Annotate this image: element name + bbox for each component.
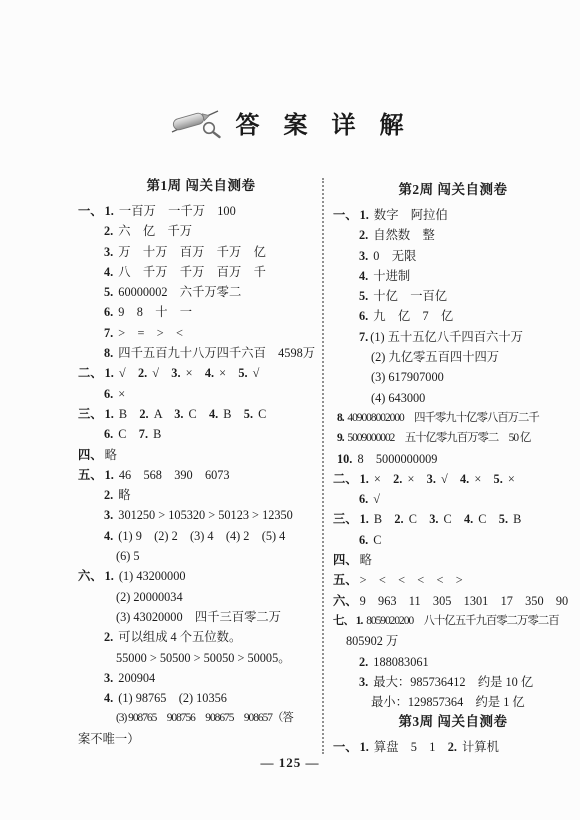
item-marker: 1.: [356, 615, 364, 627]
item-marker: 1.: [360, 740, 372, 754]
answer-text: (3) 617907000: [371, 370, 444, 384]
item-marker: 1.: [105, 407, 117, 421]
answer-text: 200904: [118, 671, 155, 685]
answer-text: 算盘 5 1: [374, 740, 448, 754]
answer-text: C: [409, 512, 430, 526]
answer-line: 2. 六 亿 千万: [78, 221, 324, 241]
answer-line: 9. 5009000002 五十亿零九百万零二 50 亿: [333, 428, 573, 448]
answer-text: (1) 9 (2) 2 (3) 4 (4) 2 (5) 4: [118, 529, 285, 543]
answer-line: 七、1. 8059020200 八十亿五千九百零二万零二百: [333, 611, 573, 631]
answer-text: ×: [374, 472, 393, 486]
item-marker: 三、: [333, 512, 358, 526]
item-marker: 1.: [105, 204, 117, 218]
item-marker: 6.: [104, 387, 116, 401]
item-marker: 5.: [104, 285, 116, 299]
answer-line: (3) 617907000: [333, 367, 573, 387]
answer-text: 十进制: [373, 269, 410, 283]
answer-line: 4. (1) 98765 (2) 10356: [78, 688, 324, 708]
answer-text: ×: [407, 472, 426, 486]
item-marker: 4.: [104, 265, 116, 279]
answer-line: 案不唯一）: [78, 729, 324, 749]
item-marker: 2.: [393, 472, 405, 486]
item-marker: 3.: [104, 245, 116, 259]
item-marker: 1.: [360, 208, 372, 222]
item-marker: 2.: [359, 228, 371, 242]
answer-line: 三、1. B 2. C 3. C 4. C 5. B: [333, 509, 573, 529]
answer-text: C: [478, 512, 499, 526]
answer-line: (3) 908765 908756 908675 908657（答: [78, 708, 324, 728]
item-marker: 3.: [429, 512, 441, 526]
answer-text: ×: [186, 366, 205, 380]
answer-line: 5. 60000002 六千万零二: [78, 282, 324, 302]
answer-text: √: [152, 366, 171, 380]
item-marker: 6.: [359, 533, 371, 547]
item-marker: 5.: [238, 366, 250, 380]
answer-line: 二、1. × 2. × 3. √ 4. × 5. ×: [333, 469, 573, 489]
answer-text: (1) 五十五亿八千四百六十万: [370, 330, 523, 344]
answer-text: 60000002 六千万零二: [118, 285, 241, 299]
answer-text: 8059020200 八十亿五千九百零二万零二百: [366, 615, 558, 627]
answer-text: 自然数 整: [373, 228, 435, 242]
item-marker: 8.: [337, 412, 345, 424]
answer-line: 8. 409008002000 四千零九十亿零八百万二千: [333, 408, 573, 428]
answer-text: 可以组成 4 个五位数。: [118, 630, 241, 644]
section-header: 第1周 闯关自测卷: [78, 176, 324, 198]
answer-text: C: [373, 533, 381, 547]
item-marker: 6.: [104, 305, 116, 319]
answer-text: (2) 20000034: [116, 590, 183, 604]
answer-text: 0 无限: [373, 249, 416, 263]
item-marker: 四、: [333, 553, 358, 567]
answer-text: (3) 908765 908756 908675 908657（答: [116, 712, 293, 724]
answer-line: 2. 188083061: [333, 652, 573, 672]
item-marker: 1.: [360, 512, 372, 526]
item-marker: 3.: [359, 249, 371, 263]
item-marker: 三、: [78, 407, 103, 421]
item-marker: 3.: [104, 508, 116, 522]
answer-line: 五、1. 46 568 390 6073: [78, 465, 324, 485]
item-marker: 2.: [139, 407, 151, 421]
answer-line: 3. 万 十万 百万 千万 亿: [78, 242, 324, 262]
item-marker: 7.: [104, 326, 116, 340]
answer-line: 6. C: [333, 530, 573, 550]
answer-line: 6. 9 8 十 一: [78, 302, 324, 322]
item-marker: 4.: [464, 512, 476, 526]
answer-line: 5. 十亿 一百亿: [333, 286, 573, 306]
answer-line: 2. 自然数 整: [333, 225, 573, 245]
item-marker: 七、: [333, 615, 354, 627]
answer-text: B: [153, 427, 161, 441]
answer-line: (2) 九亿零五百四十四万: [333, 347, 573, 367]
answer-line: 3. 0 无限: [333, 246, 573, 266]
answer-line: 55000 > 50500 > 50050 > 50005。: [78, 648, 324, 668]
item-marker: 2.: [104, 488, 116, 502]
answer-line: 4. 八 千万 千万 百万 千: [78, 262, 324, 282]
answer-text: C: [258, 407, 266, 421]
item-marker: 1.: [360, 472, 372, 486]
answer-text: √: [373, 492, 380, 506]
answers-column-left: 第1周 闯关自测卷一、1. 一百万 一千万 1002. 六 亿 千万3. 万 十…: [78, 176, 324, 749]
answer-line: 6. 九 亿 7 亿: [333, 306, 573, 326]
answer-text: 301250 > 105320 > 50123 > 12350: [118, 508, 293, 522]
answer-text: 案不唯一）: [78, 732, 140, 746]
answer-text: √: [119, 366, 138, 380]
item-marker: 六、: [78, 569, 103, 583]
answer-text: A: [154, 407, 175, 421]
item-marker: 3.: [171, 366, 183, 380]
answer-text: 55000 > 50500 > 50050 > 50005。: [116, 651, 291, 665]
answer-line: 6. ×: [78, 384, 324, 404]
item-marker: 7.: [359, 330, 368, 344]
answer-text: (3) 43020000 四千三百零二万: [116, 610, 281, 624]
answer-line: (6) 5: [78, 546, 324, 566]
item-marker: 4.: [209, 407, 221, 421]
item-marker: 6.: [359, 309, 371, 323]
answer-text: 略: [360, 553, 372, 567]
answer-text: 九 亿 7 亿: [373, 309, 453, 323]
answer-text: > < < < < >: [360, 573, 463, 587]
item-marker: 7.: [139, 427, 151, 441]
answer-text: (6) 5: [116, 549, 140, 563]
item-marker: 6.: [104, 427, 116, 441]
answer-text: 805902 万: [346, 634, 398, 648]
answer-text: 409008002000 四千零九十亿零八百万二千: [347, 412, 538, 424]
answer-text: C: [444, 512, 465, 526]
answer-text: (1) 98765 (2) 10356: [118, 691, 227, 705]
answer-text: C: [189, 407, 210, 421]
item-marker: 5.: [494, 472, 506, 486]
item-marker: 4.: [205, 366, 217, 380]
answer-text: ×: [219, 366, 238, 380]
item-marker: 3.: [174, 407, 186, 421]
item-marker: 一、: [333, 740, 358, 754]
item-marker: 二、: [78, 366, 103, 380]
page-title-block: 答 案 详 解: [0, 100, 580, 144]
page-title: 答 案 详 解: [236, 105, 413, 140]
answer-line: 3. 301250 > 105320 > 50123 > 12350: [78, 505, 324, 525]
item-marker: 8.: [104, 346, 116, 360]
answer-line: 四、略: [78, 445, 324, 465]
answer-text: (4) 643000: [371, 391, 425, 405]
answer-text: B: [374, 512, 395, 526]
item-marker: 4.: [104, 691, 116, 705]
answer-line: 2. 略: [78, 485, 324, 505]
item-marker: 一、: [78, 204, 103, 218]
answer-text: 5009000002 五十亿零九百万零二 50 亿: [347, 432, 530, 444]
item-marker: 四、: [78, 448, 103, 462]
answer-line: 10. 8 5000000009: [333, 449, 573, 469]
item-marker: 4.: [460, 472, 472, 486]
section-header: 第2周 闯关自测卷: [333, 180, 573, 202]
item-marker: 1.: [105, 468, 117, 482]
answer-text: (1) 43200000: [119, 569, 186, 583]
answer-line: 3. 200904: [78, 668, 324, 688]
item-marker: 5.: [499, 512, 511, 526]
page-number: — 125 —: [0, 755, 580, 771]
item-marker: 2.: [138, 366, 150, 380]
answer-line: 二、1. √ 2. √ 3. × 4. × 5. √: [78, 363, 324, 383]
answer-text: 六 亿 千万: [118, 224, 192, 238]
answer-text: 八 千万 千万 百万 千: [118, 265, 266, 279]
section-header: 第3周 闯关自测卷: [333, 712, 573, 734]
answer-line: 六、1. (1) 43200000: [78, 566, 324, 586]
answer-text: B: [223, 407, 244, 421]
item-marker: 10.: [337, 452, 355, 466]
item-marker: 2.: [448, 740, 460, 754]
item-marker: 4.: [359, 269, 371, 283]
answer-line: 一、1. 一百万 一千万 100: [78, 201, 324, 221]
item-marker: 2.: [394, 512, 406, 526]
answer-line: 2. 可以组成 4 个五位数。: [78, 627, 324, 647]
answer-line: (2) 20000034: [78, 587, 324, 607]
answer-line: 7.(1) 五十五亿八千四百六十万: [333, 327, 573, 347]
answer-line: 四、略: [333, 550, 573, 570]
answer-text: (2) 九亿零五百四十四万: [371, 350, 499, 364]
item-marker: 2.: [104, 224, 116, 238]
answer-text: 一百万 一千万 100: [119, 204, 236, 218]
answer-text: 46 568 390 6073: [119, 468, 230, 482]
item-marker: 3.: [359, 675, 371, 689]
answer-line: 4. 十进制: [333, 266, 573, 286]
answers-column-right: 第2周 闯关自测卷一、1. 数字 阿拉伯2. 自然数 整3. 0 无限4. 十进…: [333, 176, 573, 758]
answer-text: ×: [118, 387, 125, 401]
answer-text: √: [253, 366, 260, 380]
item-marker: 2.: [359, 655, 371, 669]
answer-text: √: [441, 472, 460, 486]
answer-line: 805902 万: [333, 631, 573, 651]
pen-magnifier-icon: [168, 105, 226, 139]
answer-text: 188083061: [373, 655, 428, 669]
answer-text: > = > <: [118, 326, 183, 340]
answer-line: 6. C 7. B: [78, 424, 324, 444]
answer-text: 9 8 十 一: [118, 305, 192, 319]
answer-line: 8. 四千五百九十八万四千六百 4598万: [78, 343, 324, 363]
item-marker: 六、: [333, 594, 358, 608]
answer-text: C: [118, 427, 139, 441]
answer-text: 略: [105, 448, 117, 462]
item-marker: 4.: [104, 529, 116, 543]
answer-text: ×: [474, 472, 493, 486]
answer-line: 三、1. B 2. A 3. C 4. B 5. C: [78, 404, 324, 424]
item-marker: 五、: [78, 468, 103, 482]
item-marker: 3.: [427, 472, 439, 486]
item-marker: 5.: [244, 407, 256, 421]
item-marker: 3.: [104, 671, 116, 685]
answer-text: 四千五百九十八万四千六百 4598万: [118, 346, 315, 360]
answer-text: 万 十万 百万 千万 亿: [118, 245, 266, 259]
answer-line: 6. √: [333, 489, 573, 509]
item-marker: 1.: [105, 569, 117, 583]
answer-text: 略: [118, 488, 130, 502]
answer-line: 六、9 963 11 305 1301 17 350 90: [333, 591, 573, 611]
answer-text: 十亿 一百亿: [373, 289, 447, 303]
answer-text: 最大：985736412 约是 10 亿: [373, 675, 533, 689]
answer-line: 五、> < < < < >: [333, 570, 573, 590]
answer-line: 7. > = > <: [78, 323, 324, 343]
item-marker: 6.: [359, 492, 371, 506]
item-marker: 2.: [104, 630, 116, 644]
answer-line: (4) 643000: [333, 388, 573, 408]
answer-text: 8 5000000009: [357, 452, 437, 466]
answer-line: (3) 43020000 四千三百零二万: [78, 607, 324, 627]
answer-text: 9 963 11 305 1301 17 350 90: [360, 594, 569, 608]
item-marker: 五、: [333, 573, 358, 587]
answer-line: 3. 最大：985736412 约是 10 亿: [333, 672, 573, 692]
answer-line: 一、1. 数字 阿拉伯: [333, 205, 573, 225]
answer-text: B: [513, 512, 521, 526]
answer-text: 计算机: [462, 740, 499, 754]
item-marker: 二、: [333, 472, 358, 486]
answer-text: ×: [508, 472, 515, 486]
answer-text: B: [119, 407, 140, 421]
item-marker: 一、: [333, 208, 358, 222]
answer-text: 数字 阿拉伯: [374, 208, 448, 222]
answer-text: 最小：129857364 约是 1 亿: [371, 695, 525, 709]
answer-line: 4. (1) 9 (2) 2 (3) 4 (4) 2 (5) 4: [78, 526, 324, 546]
item-marker: 5.: [359, 289, 371, 303]
item-marker: 1.: [105, 366, 117, 380]
answer-line: 最小：129857364 约是 1 亿: [333, 692, 573, 712]
item-marker: 9.: [337, 432, 345, 444]
